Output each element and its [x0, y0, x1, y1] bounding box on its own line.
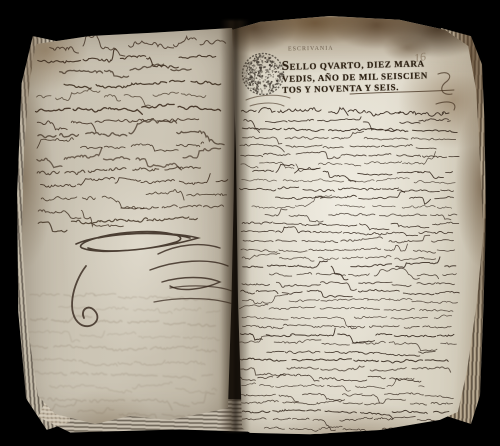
right-page-handwriting — [228, 16, 484, 438]
open-book: ESCRIVANIA SELLO QVARTO, DIEZ MARA VEDIS… — [0, 0, 500, 446]
right-page: ESCRIVANIA SELLO QVARTO, DIEZ MARA VEDIS… — [228, 16, 484, 438]
signature-rubrics — [20, 26, 238, 428]
left-page — [20, 26, 238, 428]
gutter-shadow — [220, 20, 250, 432]
manuscript-photograph: ESCRIVANIA SELLO QVARTO, DIEZ MARA VEDIS… — [0, 0, 500, 446]
